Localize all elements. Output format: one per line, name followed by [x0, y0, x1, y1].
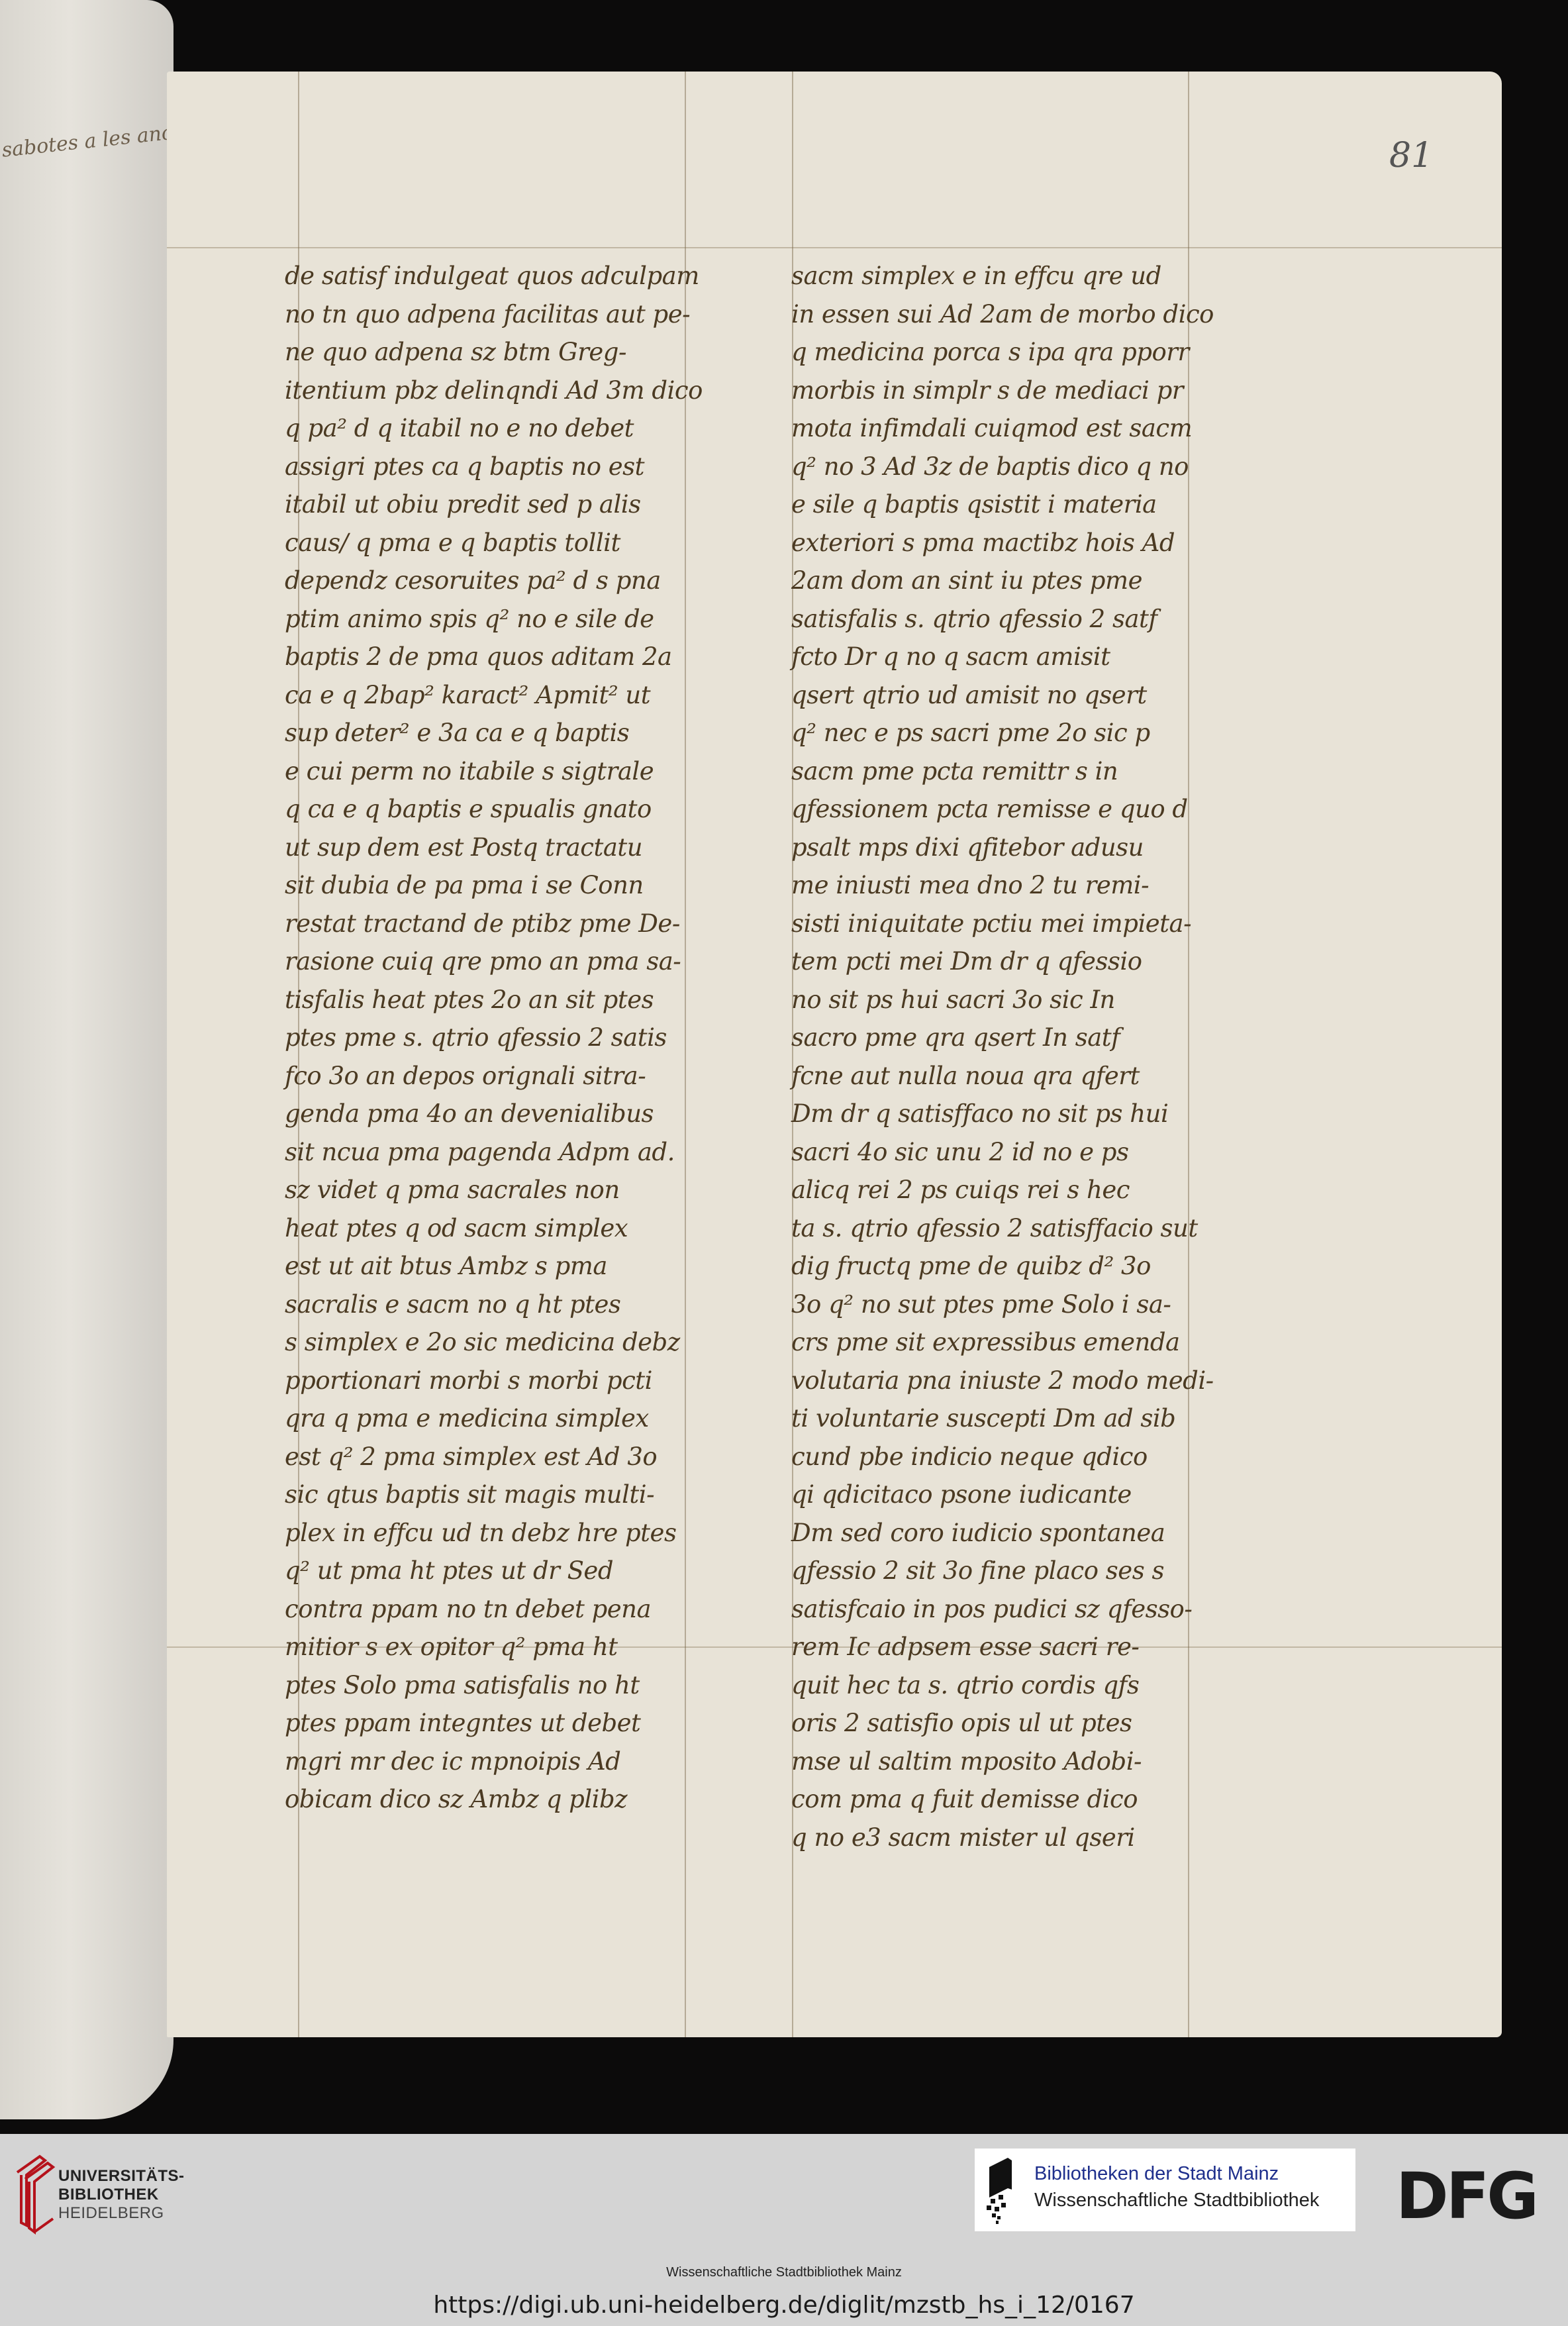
manuscript-line: fcto Dr q no q sacm amisit [791, 638, 1214, 676]
manuscript-line: mitior s ex opitor q² pma ht [285, 1628, 703, 1666]
manuscript-line: rem Ic adpsem esse sacri re- [791, 1628, 1214, 1666]
manuscript-line: assigri ptes ca q baptis no est [285, 448, 703, 486]
manuscript-line: ne quo adpena sz btm Greg- [285, 333, 703, 372]
manuscript-line: satisfcaio in pos pudici sz qfesso- [791, 1590, 1214, 1629]
manuscript-line: ca e q 2bap² karact² Apmit² ut [285, 676, 703, 715]
manuscript-line: ptim animo spis q² no e sile de [285, 600, 703, 638]
book-pixel-icon [981, 2155, 1021, 2225]
manuscript-line: genda pma 4o an devenialibus [285, 1095, 703, 1133]
manuscript-line: sacm simplex e in effcu qre ud [791, 257, 1214, 295]
ub-heidelberg-logo-icon [13, 2154, 60, 2237]
manuscript-line: q ca e q baptis e spualis gnato [285, 790, 703, 829]
manuscript-line: est q² 2 pma simplex est Ad 3o [285, 1438, 703, 1476]
manuscript-line: ptes ppam integntes ut debet [285, 1704, 703, 1743]
manuscript-line: tem pcti mei Dm dr q qfessio [791, 942, 1214, 981]
manuscript-line: sic qtus baptis sit magis multi- [285, 1476, 703, 1514]
permalink-url[interactable]: https://digi.ub.uni-heidelberg.de/diglit… [0, 2292, 1568, 2319]
manuscript-line: heat ptes q od sacm simplex [285, 1209, 703, 1248]
left-facing-page: sabotes a les ano ouoffici ul est ssq no… [0, 0, 173, 2119]
mainz-logo-line2: Wissenschaftliche Stadtbibliothek [1034, 2190, 1319, 2211]
manuscript-line: q no e3 sacm mister ul qseri [791, 1819, 1214, 1857]
manuscript-line: obicam dico sz Ambz q plibz [285, 1780, 703, 1819]
manuscript-line: sit ncua pma pagenda Adpm ad. [285, 1133, 703, 1172]
manuscript-line: quit hec ta s. qtrio cordis qfs [791, 1666, 1214, 1705]
manuscript-line: q medicina porca s ipa qra pporr [791, 333, 1214, 372]
manuscript-line: ut sup dem est Postq tractatu [285, 829, 703, 867]
manuscript-line: contra ppam no tn debet pena [285, 1590, 703, 1629]
text-column-right: sacm simplex e in effcu qre udin essen s… [791, 257, 1214, 1856]
dfg-logo[interactable]: DFG [1396, 2159, 1536, 2233]
manuscript-line: plex in effcu ud tn debz hre ptes [285, 1514, 703, 1552]
manuscript-line: baptis 2 de pma quos aditam 2a [285, 638, 703, 676]
manuscript-line: mse ul saltim mposito Adobi- [791, 1743, 1214, 1781]
viewer-footer: UNIVERSITÄTS- BIBLIOTHEK HEIDELBERG Bibl… [0, 2134, 1568, 2326]
manuscript-line: restat tractand de ptibz pme De- [285, 905, 703, 943]
manuscript-line: sacralis e sacm no q ht ptes [285, 1286, 703, 1324]
manuscript-line: dependz cesoruites pa² d s pna [285, 562, 703, 600]
manuscript-line: cund pbe indicio neque qdico [791, 1438, 1214, 1476]
manuscript-line: q² nec e ps sacri pme 2o sic p [791, 714, 1214, 752]
manuscript-line: qsert qtrio ud amisit no qsert [791, 676, 1214, 715]
manuscript-line: q² ut pma ht ptes ut dr Sed [285, 1552, 703, 1590]
manuscript-line: ti voluntarie suscepti Dm ad sib [791, 1399, 1214, 1438]
manuscript-line: q pa² d q itabil no e no debet [285, 409, 703, 448]
manuscript-line: de satisf indulgeat quos adculpam [285, 257, 703, 295]
manuscript-line: caus/ q pma e q baptis tollit [285, 524, 703, 562]
manuscript-line: e cui perm no itabile s sigtrale [285, 752, 703, 791]
manuscript-line: ta s. qtrio qfessio 2 satisffacio sut [791, 1209, 1214, 1248]
manuscript-line: sacri 4o sic unu 2 id no e ps [791, 1133, 1214, 1172]
manuscript-line: qfessio 2 sit 3o fine placo ses s [791, 1552, 1214, 1590]
manuscript-line: sup deter² e 3a ca e q baptis [285, 714, 703, 752]
manuscript-line: sit dubia de pa pma i se Conn [285, 866, 703, 905]
manuscript-line: q² no 3 Ad 3z de baptis dico q no [791, 448, 1214, 486]
manuscript-line: tisfalis heat ptes 2o an sit ptes [285, 981, 703, 1019]
manuscript-line: Dm dr q satisffaco no sit ps hui [791, 1095, 1214, 1133]
manuscript-line: alicq rei 2 ps cuiqs rei s hec [791, 1171, 1214, 1209]
manuscript-line: 2am dom an sint iu ptes pme [791, 562, 1214, 600]
manuscript-line: sabotes a les ano ou [1, 118, 173, 162]
manuscript-line: mota infimdali cuiqmod est sacm [791, 409, 1214, 448]
manuscript-line: qfessionem pcta remisse e quo d [791, 790, 1214, 829]
mainz-library-logo[interactable]: Bibliotheken der Stadt Mainz Wissenschaf… [975, 2149, 1355, 2231]
manuscript-line: sz videt q pma sacrales non [285, 1171, 703, 1209]
folio-number: 81 [1389, 136, 1433, 176]
manuscript-line: Dm sed coro iudicio spontanea [791, 1514, 1214, 1552]
left-page-text: sabotes a les ano ouoffici ul est ssq no… [0, 115, 173, 169]
manuscript-line: morbis in simplr s de mediaci pr [791, 372, 1214, 410]
manuscript-line: psalt mps dixi qfitebor adusu [791, 829, 1214, 867]
manuscript-line: s simplex e 2o sic medicina debz [285, 1323, 703, 1362]
manuscript-line: sacro pme qra qsert In satf [791, 1019, 1214, 1057]
manuscript-line: pportionari morbi s morbi pcti [285, 1362, 703, 1400]
manuscript-line: no sit ps hui sacri 3o sic In [791, 981, 1214, 1019]
manuscript-line: qra q pma e medicina simplex [285, 1399, 703, 1438]
manuscript-line: ptes Solo pma satisfalis no ht [285, 1666, 703, 1705]
manuscript-line: fcne aut nulla noua qra qfert [791, 1057, 1214, 1095]
ub-heidelberg-logo-text[interactable]: UNIVERSITÄTS- BIBLIOTHEK HEIDELBERG [58, 2167, 185, 2223]
manuscript-line: sisti iniquitate pctiu mei impieta- [791, 905, 1214, 943]
mainz-logo-line1: Bibliotheken der Stadt Mainz [1034, 2163, 1279, 2185]
manuscript-line: e sile q baptis qsistit i materia [791, 485, 1214, 524]
manuscript-line: est ut ait btus Ambz s pma [285, 1247, 703, 1286]
manuscript-line: in essen sui Ad 2am de morbo dico [791, 295, 1214, 334]
manuscript-line: ptes pme s. qtrio qfessio 2 satis [285, 1019, 703, 1057]
manuscript-line: fco 3o an depos orignali sitra- [285, 1057, 703, 1095]
manuscript-line: qi qdicitaco psone iudicante [791, 1476, 1214, 1514]
credit-text: Wissenschaftliche Stadtbibliothek Mainz [0, 2265, 1568, 2280]
manuscript-line: rasione cuiq qre pmo an pma sa- [285, 942, 703, 981]
manuscript-line: itabil ut obiu predit sed p alis [285, 485, 703, 524]
manuscript-line: crs pme sit expressibus emenda [791, 1323, 1214, 1362]
manuscript-line: mgri mr dec ic mpnoipis Ad [285, 1743, 703, 1781]
manuscript-line: satisfalis s. qtrio qfessio 2 satf [791, 600, 1214, 638]
manuscript-scan: sabotes a les ano ouoffici ul est ssq no… [0, 0, 1568, 2134]
manuscript-line: exteriori s pma mactibz hois Ad [791, 524, 1214, 562]
manuscript-line: 3o q² no sut ptes pme Solo i sa- [791, 1286, 1214, 1324]
text-column-left: de satisf indulgeat quos adculpamno tn q… [285, 257, 703, 1819]
manuscript-line: no tn quo adpena facilitas aut pe- [285, 295, 703, 334]
manuscript-line: me iniusti mea dno 2 tu remi- [791, 866, 1214, 905]
manuscript-line: sacm pme pcta remittr s in [791, 752, 1214, 791]
manuscript-line: dig fructq pme de quibz d² 3o [791, 1247, 1214, 1286]
manuscript-line: itentium pbz delinqndi Ad 3m dico [285, 372, 703, 410]
ruling-line [167, 247, 1502, 248]
manuscript-line: oris 2 satisfio opis ul ut ptes [791, 1704, 1214, 1743]
manuscript-line: volutaria pna iniuste 2 modo medi- [791, 1362, 1214, 1400]
manuscript-line: com pma q fuit demisse dico [791, 1780, 1214, 1819]
